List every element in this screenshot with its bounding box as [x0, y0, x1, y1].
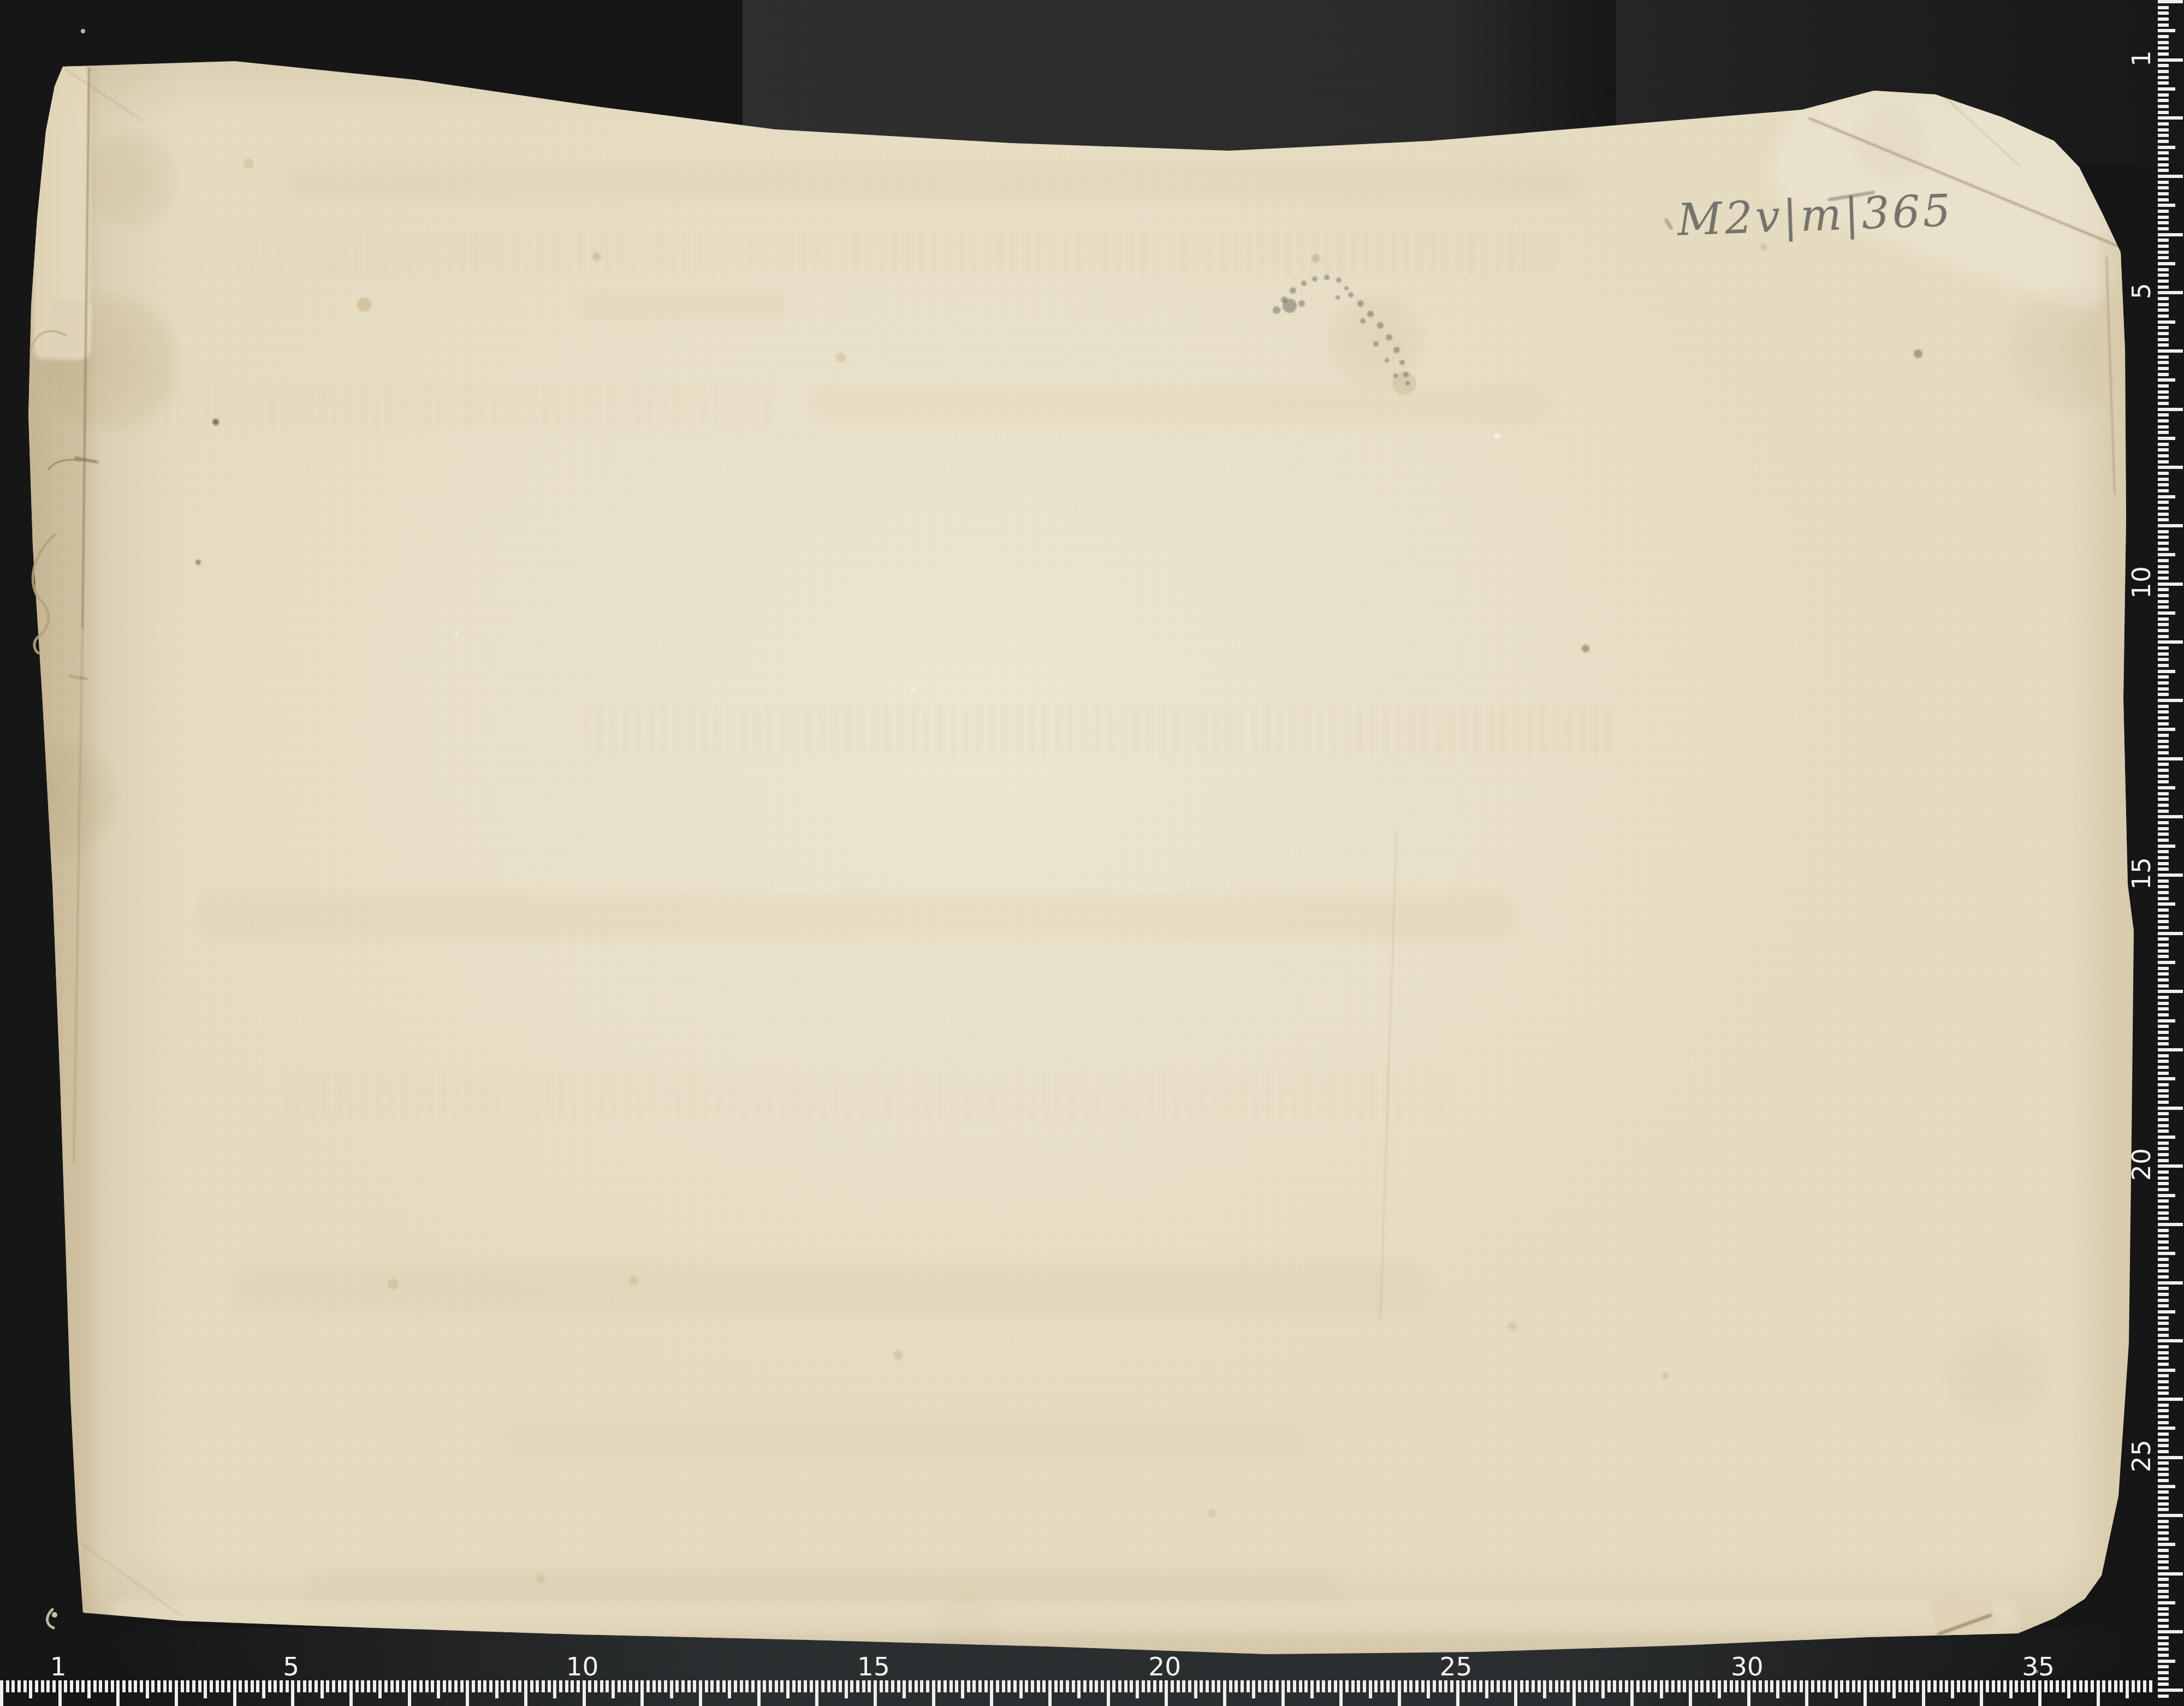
ruler-tick-mm — [1753, 1680, 1756, 1692]
ruler-tick-mm — [885, 1680, 888, 1692]
ruler-tick-mm — [239, 1680, 242, 1692]
ruler-tick-mm — [1299, 1680, 1302, 1692]
ruler-tick-mm — [1875, 1680, 1878, 1692]
ruler-tick-mm — [559, 1680, 562, 1692]
ruler-tick-cm — [932, 1680, 935, 1706]
ruler-tick-mm — [1910, 1680, 1913, 1692]
ruler-tick-mm — [251, 1680, 254, 1692]
ruler-tick-half — [1660, 1680, 1663, 1698]
dust-speck — [52, 1612, 57, 1618]
ruler-tick-mm — [1479, 1680, 1482, 1692]
ruler-tick-mm — [1794, 1680, 1797, 1692]
ruler-tick-mm — [1118, 1680, 1121, 1692]
ruler-tick-mm — [1258, 1680, 1261, 1692]
ruler-tick-mm — [1473, 1680, 1476, 1692]
ruler-tick-half — [495, 1680, 498, 1698]
ruler-tick-mm — [1229, 1680, 1232, 1692]
ruler-tick-mm — [996, 1680, 999, 1692]
ruler-tick-mm — [1002, 1680, 1005, 1692]
ruler-tick-mm — [2108, 1680, 2111, 1692]
ruler-tick-mm — [1939, 1680, 1943, 1692]
ruler-tick-mm — [1870, 1680, 1873, 1692]
ruler-tick-mm — [1782, 1680, 1785, 1692]
ruler-tick-mm — [1741, 1680, 1744, 1692]
ruler-tick-half — [1835, 1680, 1838, 1698]
ruler-tick-mm — [2085, 1680, 2088, 1692]
ruler-tick-mm — [1648, 1680, 1651, 1692]
ruler-tick-mm — [1811, 1680, 1814, 1692]
ruler-tick-mm — [326, 1680, 329, 1692]
ruler-tick-mm — [1386, 1680, 1390, 1692]
ruler-tick-mm — [192, 1680, 195, 1692]
ruler-tick-mm — [775, 1680, 778, 1692]
ruler-tick-mm — [2079, 1680, 2082, 1692]
ruler-tick-mm — [1316, 1680, 1320, 1692]
ruler-tick-mm — [1898, 1680, 1902, 1692]
ruler-tick-mm — [1462, 1680, 1465, 1692]
ruler-tick-cm — [1863, 1680, 1867, 1706]
ruler-tick-mm — [635, 1680, 638, 1692]
ruler-tick-mm — [41, 1680, 44, 1692]
ruler-tick-mm — [810, 1680, 813, 1692]
ruler-tick-mm — [1904, 1680, 1908, 1692]
ruler-tick-mm — [577, 1680, 580, 1692]
ruler-tick-mm — [1520, 1680, 1523, 1692]
ruler-tick-mm — [1642, 1680, 1646, 1692]
ruler-tick-mm — [548, 1680, 551, 1692]
ruler-tick-mm — [606, 1680, 609, 1692]
ruler-tick-mm — [1007, 1680, 1011, 1692]
ruler-tick-mm — [2050, 1680, 2053, 1692]
ruler-tick-mm — [314, 1680, 318, 1692]
ruler-tick-mm — [734, 1680, 737, 1692]
ruler-tick-cm — [1980, 1680, 1983, 1706]
ruler-tick-mm — [1578, 1680, 1581, 1692]
ruler-tick-mm — [99, 1680, 102, 1692]
ruler-tick-half — [378, 1680, 382, 1698]
ruler-tick-mm — [1153, 1680, 1156, 1692]
ruler-tick-mm — [478, 1680, 481, 1692]
ruler-tick-half — [786, 1680, 790, 1698]
ruler-tick-mm — [856, 1680, 859, 1692]
ruler-tick-mm — [81, 1680, 85, 1692]
ruler-tick-mm — [915, 1680, 918, 1692]
ruler-tick-mm — [1823, 1680, 1826, 1692]
ruler-tick-mm — [1788, 1680, 1791, 1692]
ruler-tick-mm — [122, 1680, 126, 1692]
ruler-tick-cm — [349, 1680, 353, 1706]
ruler-tick-cm — [1223, 1680, 1226, 1706]
ruler-tick-half — [262, 1680, 265, 1698]
ruler-tick-half — [670, 1680, 673, 1698]
bottom-ruler-label-20: 20 — [1148, 1652, 1181, 1682]
ruler-tick-cm — [233, 1680, 236, 1706]
ruler-tick-half — [1601, 1680, 1605, 1698]
ruler-tick-mm — [623, 1680, 626, 1692]
ruler-tick-mm — [1247, 1680, 1250, 1692]
ruler-tick-mm — [361, 1680, 364, 1692]
ruler-tick-mm — [1217, 1680, 1220, 1692]
ruler-tick-mm — [1334, 1680, 1337, 1692]
ruler-tick-cm — [408, 1680, 411, 1706]
ruler-tick-mm — [1212, 1680, 1215, 1692]
ruler-tick-mm — [658, 1680, 661, 1692]
paper-edge-vignette — [0, 0, 2184, 1706]
ruler-tick-mm — [705, 1680, 708, 1692]
ruler-tick-mm — [687, 1680, 691, 1692]
ruler-tick-mm — [1584, 1680, 1587, 1692]
ruler-tick-mm — [460, 1680, 464, 1692]
ruler-tick-mm — [1724, 1680, 1727, 1692]
ruler-tick-mm — [978, 1680, 982, 1692]
ruler-tick-mm — [1560, 1680, 1564, 1692]
ruler-tick-mm — [1275, 1680, 1279, 1692]
ruler-tick-mm — [1770, 1680, 1773, 1692]
ruler-tick-mm — [1095, 1680, 1098, 1692]
ruler-tick-mm — [1142, 1680, 1145, 1692]
right-ruler-label-1: 1 — [2127, 50, 2157, 67]
ruler-tick-cm — [1805, 1680, 1808, 1706]
ruler-tick-mm — [303, 1680, 306, 1692]
ruler-tick-mm — [1595, 1680, 1599, 1692]
ruler-tick-mm — [1800, 1680, 1803, 1692]
paper-fiber-speck — [1494, 433, 1500, 438]
ruler-tick-mm — [268, 1680, 271, 1692]
ruler-tick-mm — [35, 1680, 38, 1692]
ruler-tick-mm — [64, 1680, 67, 1692]
ruler-tick-mm — [1765, 1680, 1768, 1692]
ruler-tick-mm — [2032, 1680, 2035, 1692]
right-ruler-labels: 1510152025 — [2115, 0, 2168, 1703]
ruler-tick-mm — [338, 1680, 341, 1692]
ruler-tick-mm — [1677, 1680, 1681, 1692]
ruler-tick-mm — [1374, 1680, 1378, 1692]
ruler-tick-mm — [745, 1680, 749, 1692]
ruler-tick-cm — [1107, 1680, 1110, 1706]
ruler-tick-mm — [1200, 1680, 1203, 1692]
ruler-tick-mm — [1962, 1680, 1966, 1692]
ruler-tick-mm — [1450, 1680, 1453, 1692]
ruler-tick-mm — [396, 1680, 399, 1692]
ruler-tick-mm — [140, 1680, 143, 1692]
ruler-tick-mm — [646, 1680, 650, 1692]
ruler-tick-cm — [1922, 1680, 1925, 1706]
ruler-tick-mm — [355, 1680, 359, 1692]
ruler-tick-mm — [1421, 1680, 1425, 1692]
ruler-tick-mm — [1322, 1680, 1325, 1692]
ruler-tick-cm — [874, 1680, 877, 1706]
ruler-tick-mm — [943, 1680, 947, 1692]
ruler-tick-mm — [151, 1680, 155, 1692]
ruler-tick-mm — [926, 1680, 929, 1692]
ruler-tick-mm — [483, 1680, 486, 1692]
ruler-tick-half — [903, 1680, 906, 1698]
ruler-tick-cm — [0, 1680, 3, 1706]
ruler-tick-mm — [2056, 1680, 2059, 1692]
ruler-tick-mm — [332, 1680, 335, 1692]
ruler-tick-cm — [1048, 1680, 1052, 1706]
ruler-tick-mm — [780, 1680, 784, 1692]
ruler-tick-mm — [880, 1680, 883, 1692]
ruler-tick-mm — [6, 1680, 9, 1692]
bottom-ruler-labels: 15101520253035 — [0, 1652, 2153, 1680]
ruler-tick-mm — [1054, 1680, 1058, 1692]
ruler-tick-mm — [1444, 1680, 1447, 1692]
ruler-tick-mm — [937, 1680, 941, 1692]
ruler-tick-mm — [984, 1680, 988, 1692]
ruler-tick-mm — [1619, 1680, 1622, 1692]
right-ruler-label-20: 20 — [2127, 1148, 2157, 1181]
ruler-tick-mm — [821, 1680, 824, 1692]
ruler-tick-cm — [1630, 1680, 1634, 1706]
ruler-tick-mm — [1037, 1680, 1040, 1692]
ruler-tick-cm — [524, 1680, 527, 1706]
ruler-tick-mm — [186, 1680, 189, 1692]
ruler-tick-cm — [1339, 1680, 1343, 1706]
ruler-tick-mm — [972, 1680, 976, 1692]
ruler-tick-mm — [565, 1680, 568, 1692]
ruler-tick-mm — [751, 1680, 755, 1692]
ruler-tick-mm — [1409, 1680, 1413, 1692]
ruler-tick-mm — [169, 1680, 172, 1692]
ruler-tick-mm — [1177, 1680, 1180, 1692]
ruler-tick-half — [728, 1680, 731, 1698]
ruler-tick-mm — [740, 1680, 743, 1692]
ruler-tick-cm — [699, 1680, 702, 1706]
ruler-tick-mm — [1730, 1680, 1733, 1692]
ruler-tick-mm — [536, 1680, 539, 1692]
ruler-tick-half — [612, 1680, 615, 1698]
ruler-tick-mm — [227, 1680, 230, 1692]
ruler-tick-half — [1136, 1680, 1139, 1698]
ruler-tick-mm — [1671, 1680, 1675, 1692]
ruler-tick-mm — [1241, 1680, 1244, 1692]
ruler-tick-mm — [1555, 1680, 1558, 1692]
ruler-tick-mm — [949, 1680, 953, 1692]
ruler-tick-mm — [1532, 1680, 1535, 1692]
ruler-tick-mm — [1997, 1680, 2001, 1692]
ruler-tick-mm — [1852, 1680, 1855, 1692]
ruler-tick-mm — [76, 1680, 79, 1692]
ruler-tick-mm — [111, 1680, 114, 1692]
ruler-tick-mm — [1712, 1680, 1716, 1692]
ruler-tick-mm — [1293, 1680, 1296, 1692]
ruler-tick-mm — [2073, 1680, 2076, 1692]
ruler-tick-mm — [1345, 1680, 1349, 1692]
right-ruler-label-10: 10 — [2127, 566, 2157, 599]
ruler-tick-mm — [1363, 1680, 1366, 1692]
paper-fiber-speck — [454, 632, 459, 637]
ruler-tick-mm — [1404, 1680, 1407, 1692]
ruler-tick-mm — [967, 1680, 970, 1692]
ruler-tick-mm — [367, 1680, 370, 1692]
bottom-ruler-ticks — [0, 1680, 2153, 1706]
ruler-tick-mm — [390, 1680, 394, 1692]
ruler-tick-cm — [1747, 1680, 1750, 1706]
ruler-tick-mm — [1159, 1680, 1162, 1692]
ruler-tick-mm — [1357, 1680, 1360, 1692]
ruler-tick-mm — [804, 1680, 807, 1692]
ruler-tick-mm — [1945, 1680, 1948, 1692]
ruler-tick-mm — [792, 1680, 796, 1692]
ruler-tick-mm — [850, 1680, 853, 1692]
ruler-tick-mm — [1759, 1680, 1762, 1692]
ruler-tick-mm — [1817, 1680, 1820, 1692]
ruler-tick-mm — [920, 1680, 923, 1692]
ruler-tick-mm — [1957, 1680, 1960, 1692]
ruler-tick-mm — [1857, 1680, 1861, 1692]
ruler-tick-half — [204, 1680, 207, 1698]
ruler-tick-mm — [1083, 1680, 1087, 1692]
ruler-tick-mm — [833, 1680, 836, 1692]
ruler-tick-half — [1369, 1680, 1372, 1698]
ruler-tick-mm — [1171, 1680, 1174, 1692]
ruler-tick-mm — [2044, 1680, 2048, 1692]
ruler-tick-mm — [1415, 1680, 1419, 1692]
ruler-tick-mm — [402, 1680, 405, 1692]
ruler-tick-mm — [1881, 1680, 1884, 1692]
ruler-tick-mm — [419, 1680, 423, 1692]
ruler-tick-mm — [1072, 1680, 1075, 1692]
right-ruler-label-25: 25 — [2127, 1440, 2157, 1472]
ruler-tick-mm — [1304, 1680, 1308, 1692]
ruler-tick-half — [1776, 1680, 1779, 1698]
ruler-tick-mm — [448, 1680, 452, 1692]
ruler-tick-mm — [1269, 1680, 1273, 1692]
ruler-tick-mm — [134, 1680, 137, 1692]
ruler-tick-mm — [1607, 1680, 1611, 1692]
bottom-ruler-label-15: 15 — [857, 1652, 890, 1682]
ruler-tick-mm — [1392, 1680, 1395, 1692]
ruler-tick-mm — [1206, 1680, 1209, 1692]
ruler-tick-mm — [1846, 1680, 1849, 1692]
ruler-tick-half — [2067, 1680, 2070, 1698]
dust-speck — [2035, 1670, 2038, 1673]
ruler-tick-mm — [507, 1680, 510, 1692]
ruler-tick-half — [845, 1680, 848, 1698]
ruler-tick-mm — [681, 1680, 685, 1692]
ruler-tick-half — [1718, 1680, 1721, 1698]
ruler-tick-mm — [1124, 1680, 1127, 1692]
ruler-tick-mm — [286, 1680, 289, 1692]
ruler-tick-mm — [769, 1680, 772, 1692]
ruler-tick-mm — [1735, 1680, 1738, 1692]
dust-speck — [81, 29, 85, 33]
ruler-tick-half — [1543, 1680, 1546, 1698]
ruler-tick-mm — [1264, 1680, 1267, 1692]
ruler-tick-mm — [2003, 1680, 2007, 1692]
ruler-tick-mm — [1089, 1680, 1093, 1692]
ruler-tick-half — [437, 1680, 440, 1698]
ruler-tick-cm — [815, 1680, 818, 1706]
ruler-tick-mm — [2091, 1680, 2094, 1692]
ruler-tick-cm — [291, 1680, 294, 1706]
ruler-tick-mm — [256, 1680, 259, 1692]
photo-stage: M2v|m|365 15101520253035 1510152025 — [0, 0, 2184, 1706]
ruler-tick-mm — [1566, 1680, 1570, 1692]
ruler-tick-mm — [105, 1680, 108, 1692]
ruler-tick-mm — [1287, 1680, 1290, 1692]
ruler-tick-half — [87, 1680, 91, 1698]
ruler-tick-half — [2009, 1680, 2013, 1698]
ruler-tick-mm — [1491, 1680, 1494, 1692]
ruler-tick-mm — [210, 1680, 213, 1692]
ruler-tick-mm — [413, 1680, 417, 1692]
bottom-ruler-label-1: 1 — [50, 1652, 67, 1682]
ruler-tick-mm — [1503, 1680, 1506, 1692]
ruler-tick-mm — [909, 1680, 912, 1692]
ruler-tick-mm — [955, 1680, 958, 1692]
ruler-tick-half — [321, 1680, 324, 1698]
ruler-tick-mm — [1066, 1680, 1069, 1692]
ruler-tick-mm — [1706, 1680, 1710, 1692]
ruler-tick-mm — [1700, 1680, 1704, 1692]
ruler-tick-mm — [472, 1680, 475, 1692]
ruler-tick-mm — [343, 1680, 347, 1692]
ruler-tick-half — [1951, 1680, 1954, 1698]
ruler-tick-mm — [897, 1680, 900, 1692]
ruler-tick-mm — [839, 1680, 842, 1692]
ruler-tick-mm — [431, 1680, 434, 1692]
ruler-tick-mm — [1380, 1680, 1384, 1692]
bottom-ruler-label-35: 35 — [2022, 1652, 2055, 1682]
ruler-tick-cm — [1281, 1680, 1285, 1706]
ruler-tick-mm — [1916, 1680, 1919, 1692]
ruler-tick-mm — [798, 1680, 801, 1692]
ruler-tick-mm — [221, 1680, 224, 1692]
ruler-tick-mm — [542, 1680, 545, 1692]
ruler-tick-mm — [1101, 1680, 1104, 1692]
ruler-tick-cm — [1398, 1680, 1401, 1706]
ruler-tick-mm — [384, 1680, 388, 1692]
ruler-tick-mm — [588, 1680, 591, 1692]
ruler-tick-mm — [181, 1680, 184, 1692]
ruler-tick-mm — [454, 1680, 458, 1692]
ruler-tick-mm — [198, 1680, 201, 1692]
ruler-tick-mm — [763, 1680, 766, 1692]
ruler-tick-mm — [891, 1680, 894, 1692]
ruler-tick-mm — [501, 1680, 504, 1692]
bottom-ruler-label-30: 30 — [1731, 1652, 1764, 1682]
ruler-tick-mm — [1060, 1680, 1063, 1692]
ruler-tick-half — [961, 1680, 964, 1698]
ruler-tick-mm — [716, 1680, 720, 1692]
ruler-tick-mm — [280, 1680, 283, 1692]
ruler-tick-mm — [530, 1680, 533, 1692]
ruler-tick-mm — [46, 1680, 50, 1692]
ruler-tick-mm — [1590, 1680, 1593, 1692]
ruler-tick-mm — [2062, 1680, 2065, 1692]
ruler-tick-cm — [2097, 1680, 2100, 1706]
ruler-tick-mm — [2021, 1680, 2024, 1692]
ruler-tick-mm — [274, 1680, 277, 1692]
ruler-tick-mm — [2027, 1680, 2030, 1692]
ruler-tick-mm — [1147, 1680, 1150, 1692]
ruler-tick-mm — [1968, 1680, 1972, 1692]
ruler-tick-mm — [23, 1680, 27, 1692]
ruler-tick-mm — [1031, 1680, 1034, 1692]
ruler-tick-half — [29, 1680, 32, 1698]
ruler-tick-half — [1019, 1680, 1023, 1698]
ruler-tick-mm — [1439, 1680, 1442, 1692]
ruler-tick-mm — [1497, 1680, 1500, 1692]
bottom-ruler-label-10: 10 — [566, 1652, 599, 1682]
ruler-tick-mm — [862, 1680, 865, 1692]
ruler-tick-mm — [1933, 1680, 1937, 1692]
ruler-tick-mm — [1042, 1680, 1046, 1692]
ruler-tick-mm — [308, 1680, 312, 1692]
ruler-tick-mm — [1549, 1680, 1552, 1692]
